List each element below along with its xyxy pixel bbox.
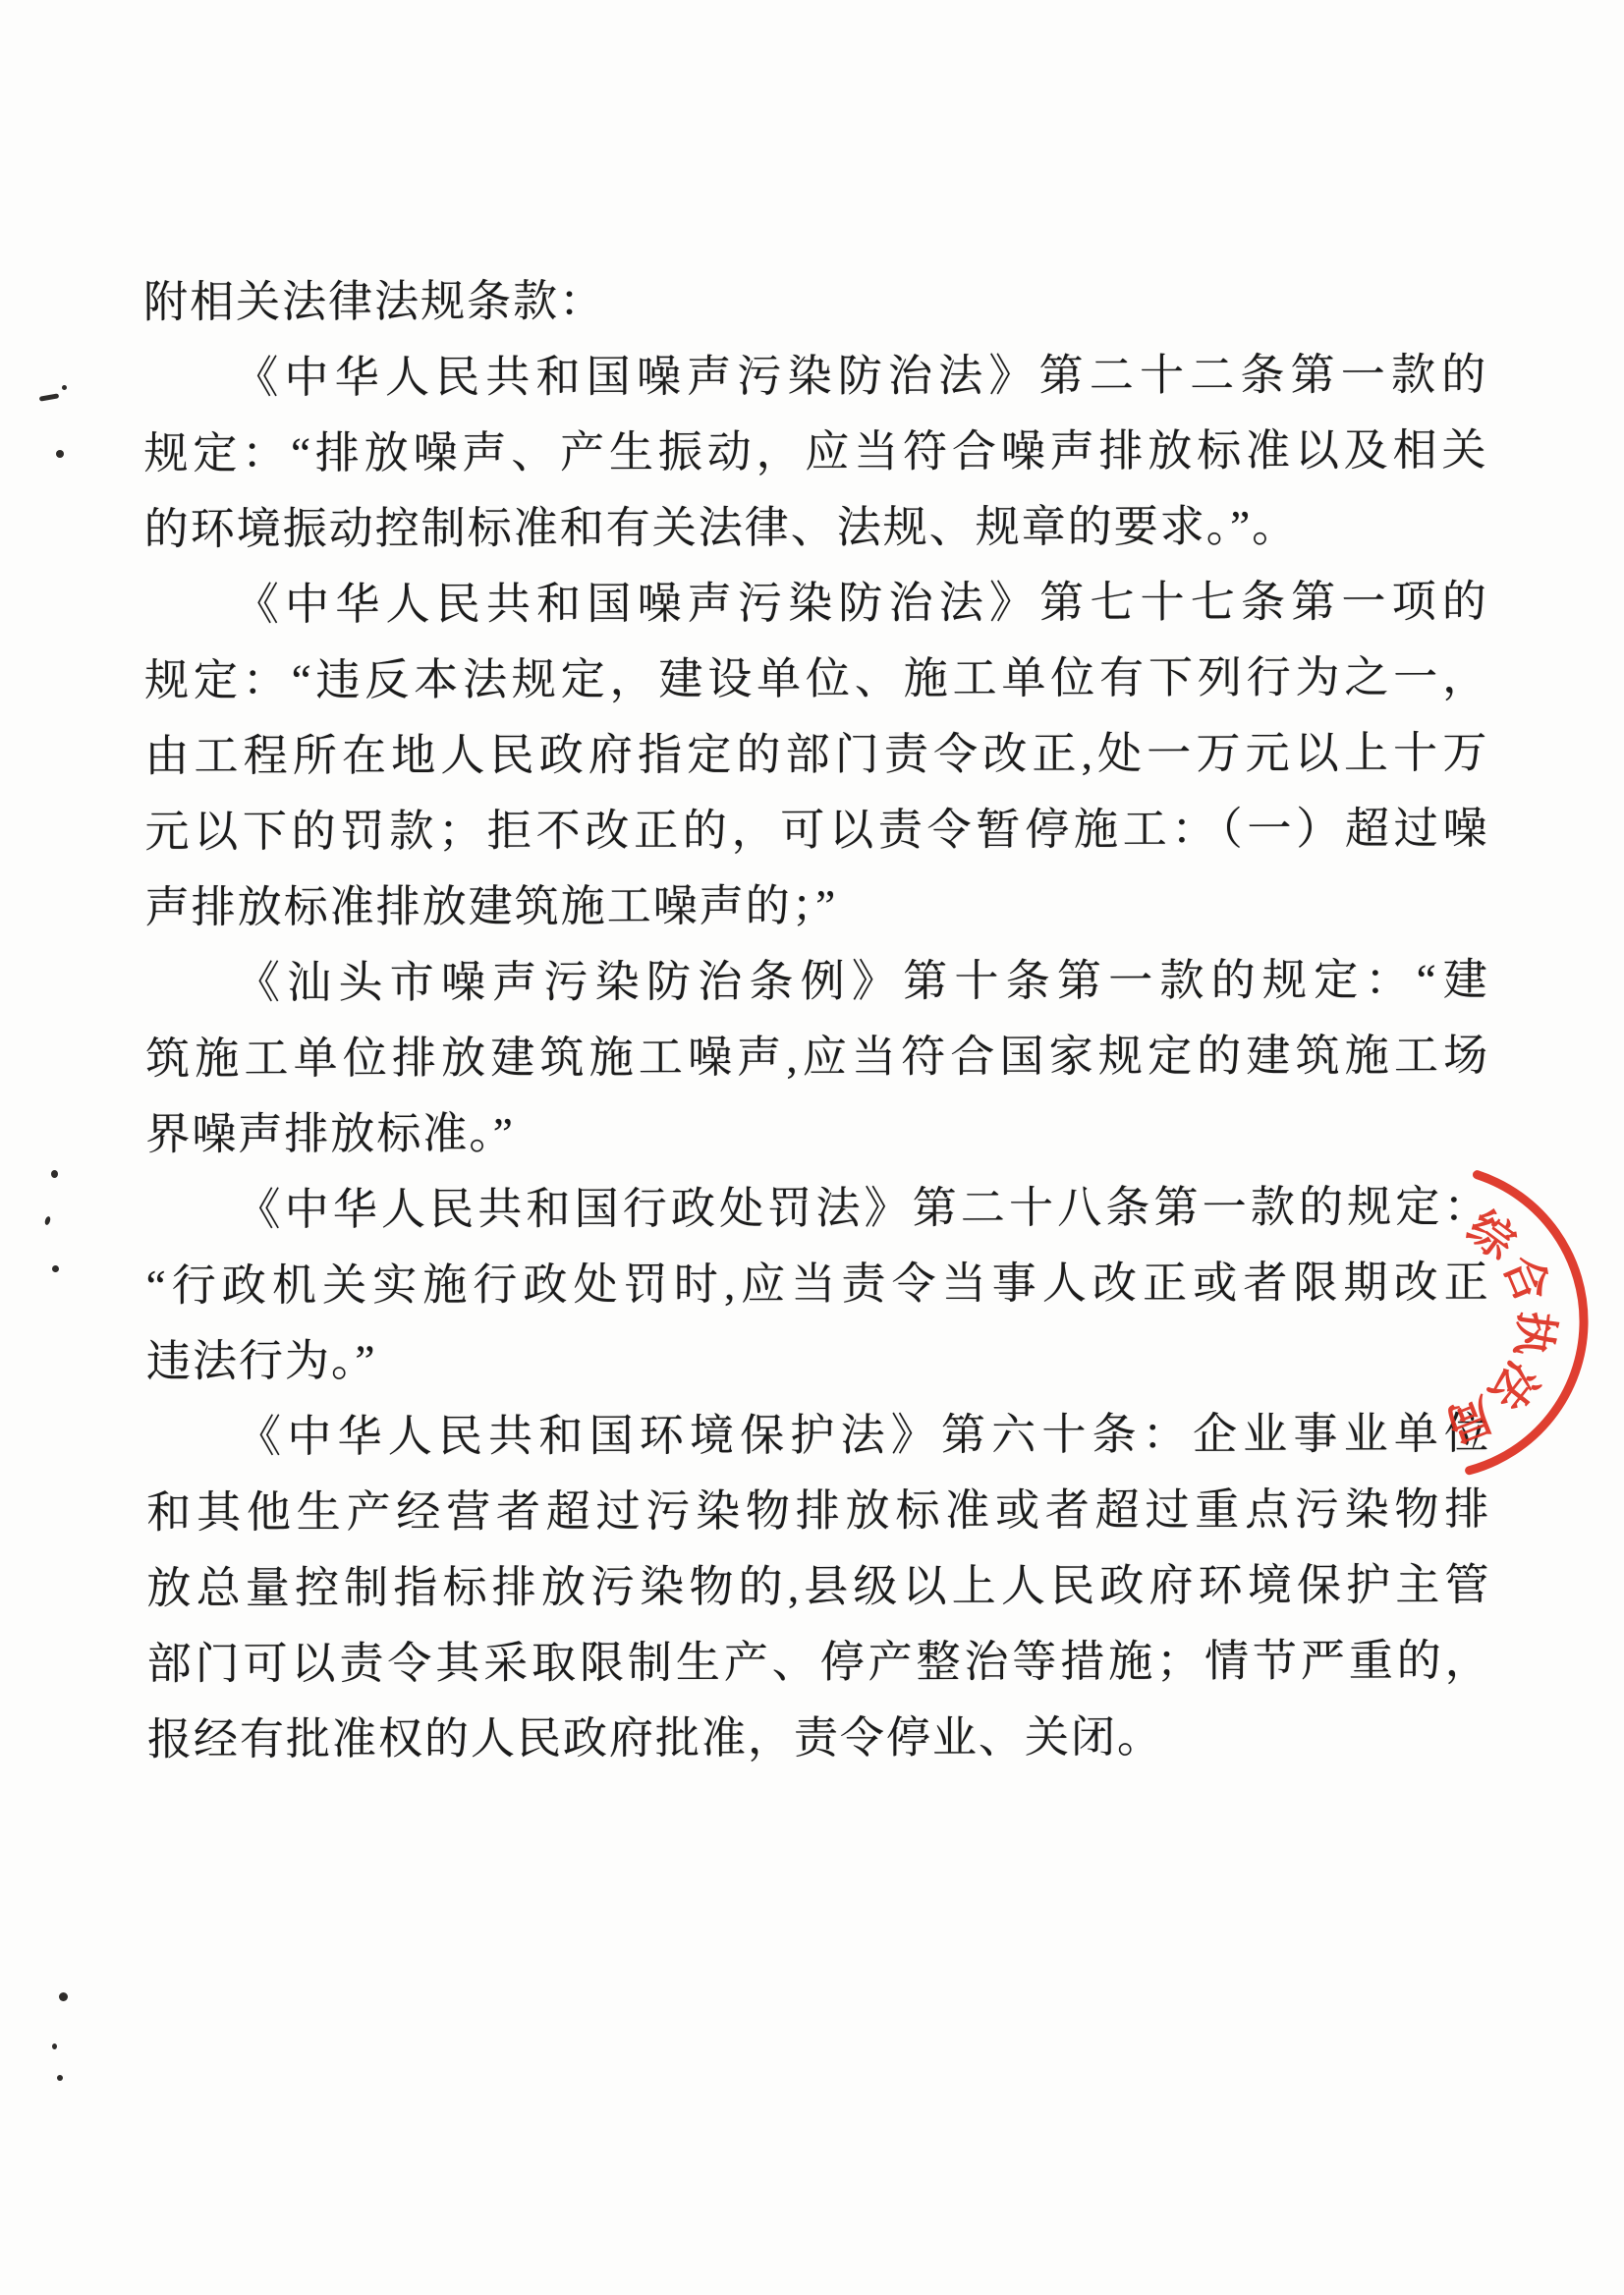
- document-line: 界噪声排放标准。”: [145, 1093, 1489, 1173]
- document-line: 《中华人民共和国环境保护法》第六十条：企业事业单位: [146, 1396, 1490, 1476]
- scan-artifact: [52, 1265, 59, 1272]
- scan-artifact: [56, 450, 64, 458]
- document-line: 筑施工单位排放建筑施工噪声,应当符合国家规定的建筑施工场: [145, 1018, 1489, 1097]
- scan-artifact: [59, 1992, 68, 2001]
- document-line: 报经有批准权的人民政府批准，责令停业、关闭。: [147, 1699, 1491, 1778]
- document-line: “行政机关实施行政处罚时,应当责令当事人改正或者限期改正: [146, 1245, 1490, 1324]
- scan-artifact: [52, 2043, 57, 2049]
- document-line: 的环境振动控制标准和有关法律、法规、规章的要求。”。: [144, 488, 1488, 568]
- document-line: 由工程所在地人民政府指定的部门责令改正,处一万元以上十万: [144, 715, 1488, 795]
- document-line: 元以下的罚款；拒不改正的，可以责令暂停施工：（一）超过噪: [144, 791, 1488, 870]
- scan-artifact: [62, 385, 67, 390]
- document-line: 附相关法律法规条款：: [143, 261, 1487, 341]
- document-line: 《汕头市噪声污染防治条例》第十条第一款的规定：“建: [145, 942, 1489, 1022]
- document-line: 声排放标准排放建筑施工噪声的；”: [145, 867, 1489, 946]
- scan-artifact: [44, 1215, 52, 1225]
- document-line: 《中华人民共和国噪声污染防治法》第二十二条第一款的: [143, 337, 1487, 417]
- document-line: 《中华人民共和国行政处罚法》第二十八条第一款的规定：: [145, 1169, 1489, 1249]
- scan-artifact: [39, 393, 60, 401]
- document-line: 《中华人民共和国噪声污染防治法》第七十七条第一项的: [144, 564, 1488, 644]
- scanned-document-page: 附相关法律法规条款： 《中华人民共和国噪声污染防治法》第二十二条第一款的 规定：…: [0, 0, 1624, 2295]
- scan-artifact: [57, 2075, 63, 2081]
- document-line: 规定：“排放噪声、产生振动，应当符合噪声排放标准以及相关: [143, 413, 1487, 492]
- document-line: 和其他生产经营者超过污染物排放标准或者超过重点污染物排: [146, 1472, 1490, 1551]
- document-line: 违法行为。”: [146, 1320, 1490, 1400]
- legal-clauses-text-block: 附相关法律法规条款： 《中华人民共和国噪声污染防治法》第二十二条第一款的 规定：…: [143, 261, 1491, 1778]
- document-line: 放总量控制指标排放污染物的,县级以上人民政府环境保护主管: [146, 1547, 1490, 1627]
- document-line: 规定：“违反本法规定，建设单位、施工单位有下列行为之一，: [144, 640, 1488, 719]
- scan-artifact: [51, 1170, 58, 1178]
- document-line: 部门可以责令其采取限制生产、停产整治等措施；情节严重的，: [147, 1623, 1491, 1703]
